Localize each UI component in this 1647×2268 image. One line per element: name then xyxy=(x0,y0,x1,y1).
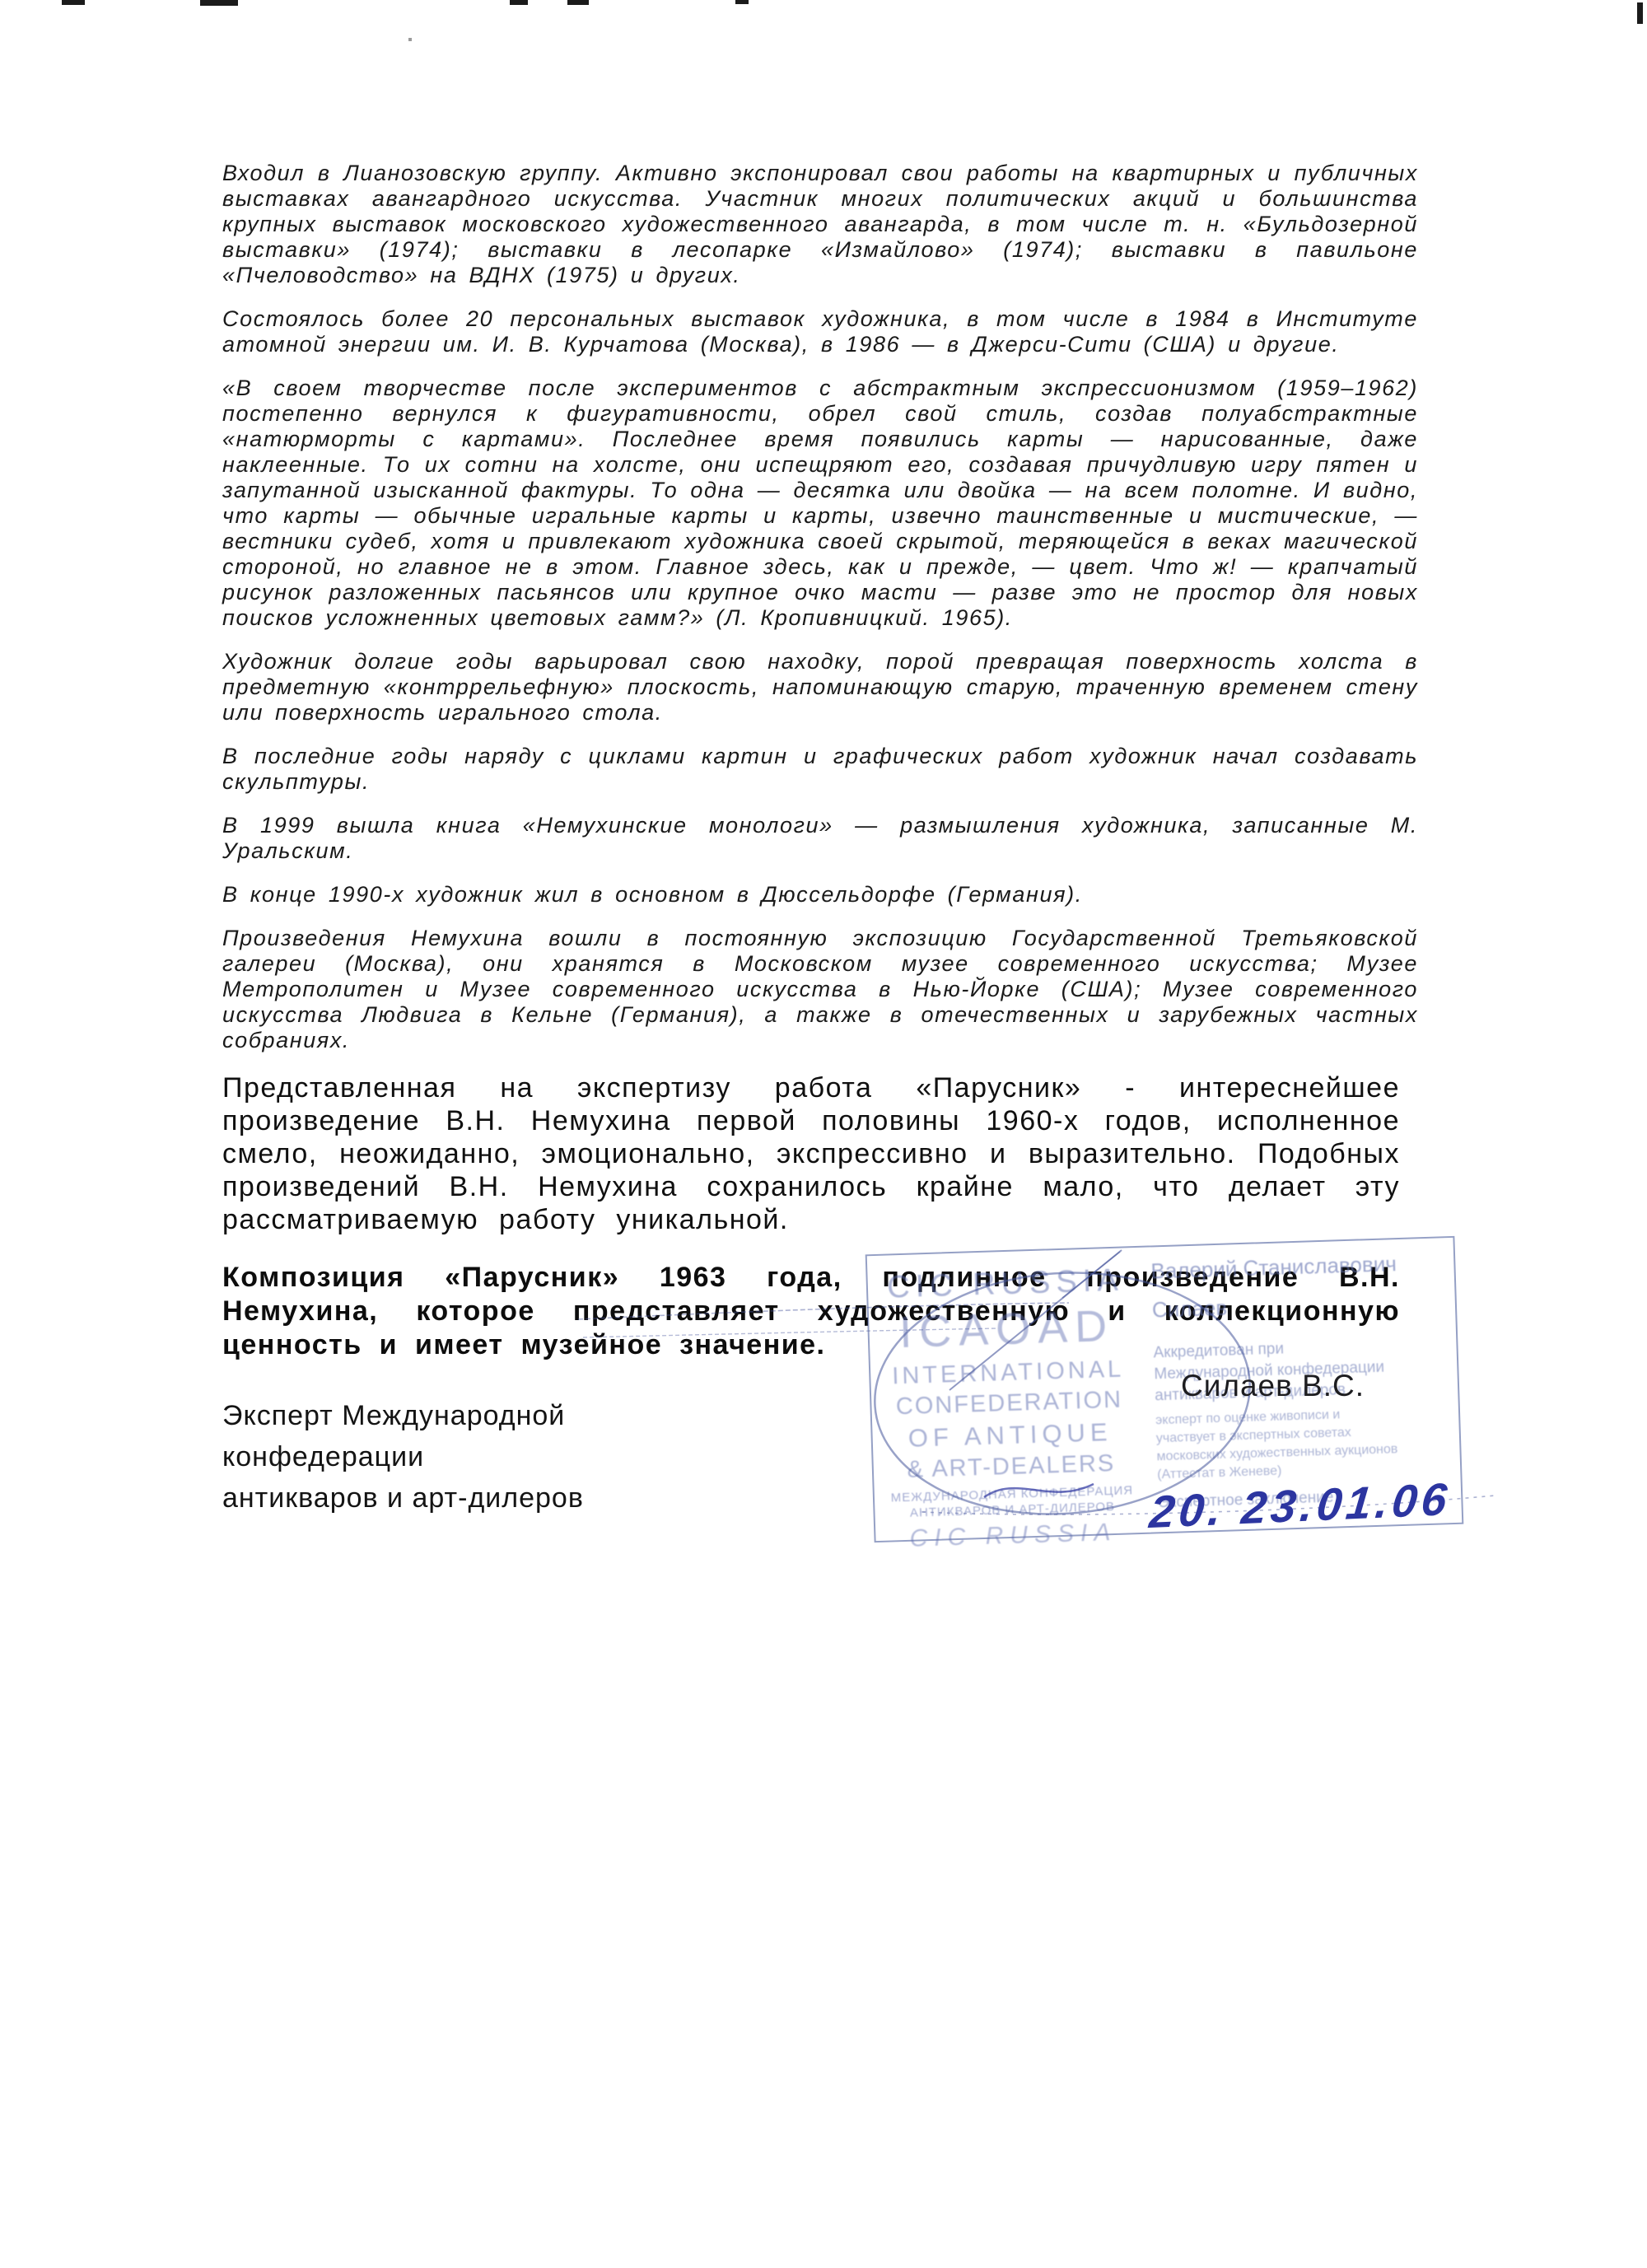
paragraph-appraisal-opinion: Представленная на экспертизу работа «Пар… xyxy=(222,1071,1400,1236)
paragraph-biography-1: Входил в Лианозовскую группу. Активно эк… xyxy=(222,161,1418,288)
scan-artifact xyxy=(510,0,528,5)
scan-artifact xyxy=(567,0,589,5)
paragraph-book-1999: В 1999 вышла книга «Немухинские монологи… xyxy=(222,813,1418,864)
scan-artifact xyxy=(62,0,85,5)
scan-artifact xyxy=(408,38,412,41)
paragraph-technique: Художник долгие годы варьировал свою нах… xyxy=(222,649,1418,726)
scan-artifact xyxy=(735,0,749,4)
expert-printed-name: Силаев В.С. xyxy=(1181,1369,1365,1403)
scan-artifact xyxy=(200,0,238,6)
scan-artifact xyxy=(1637,2,1643,24)
paragraph-dusseldorf: В конце 1990-х художник жил в основном в… xyxy=(222,882,1418,908)
scanned-document-page: Входил в Лианозовскую группу. Активно эк… xyxy=(0,0,1647,2268)
paragraph-quote-kropivnitsky: «В своем творчестве после экспериментов … xyxy=(222,376,1418,631)
paragraph-sculptures: В последние годы наряду с циклами картин… xyxy=(222,744,1418,795)
paragraph-biography-2: Состоялось более 20 персональных выставо… xyxy=(222,306,1418,357)
paragraph-collections: Произведения Немухина вошли в постоянную… xyxy=(222,926,1418,1053)
